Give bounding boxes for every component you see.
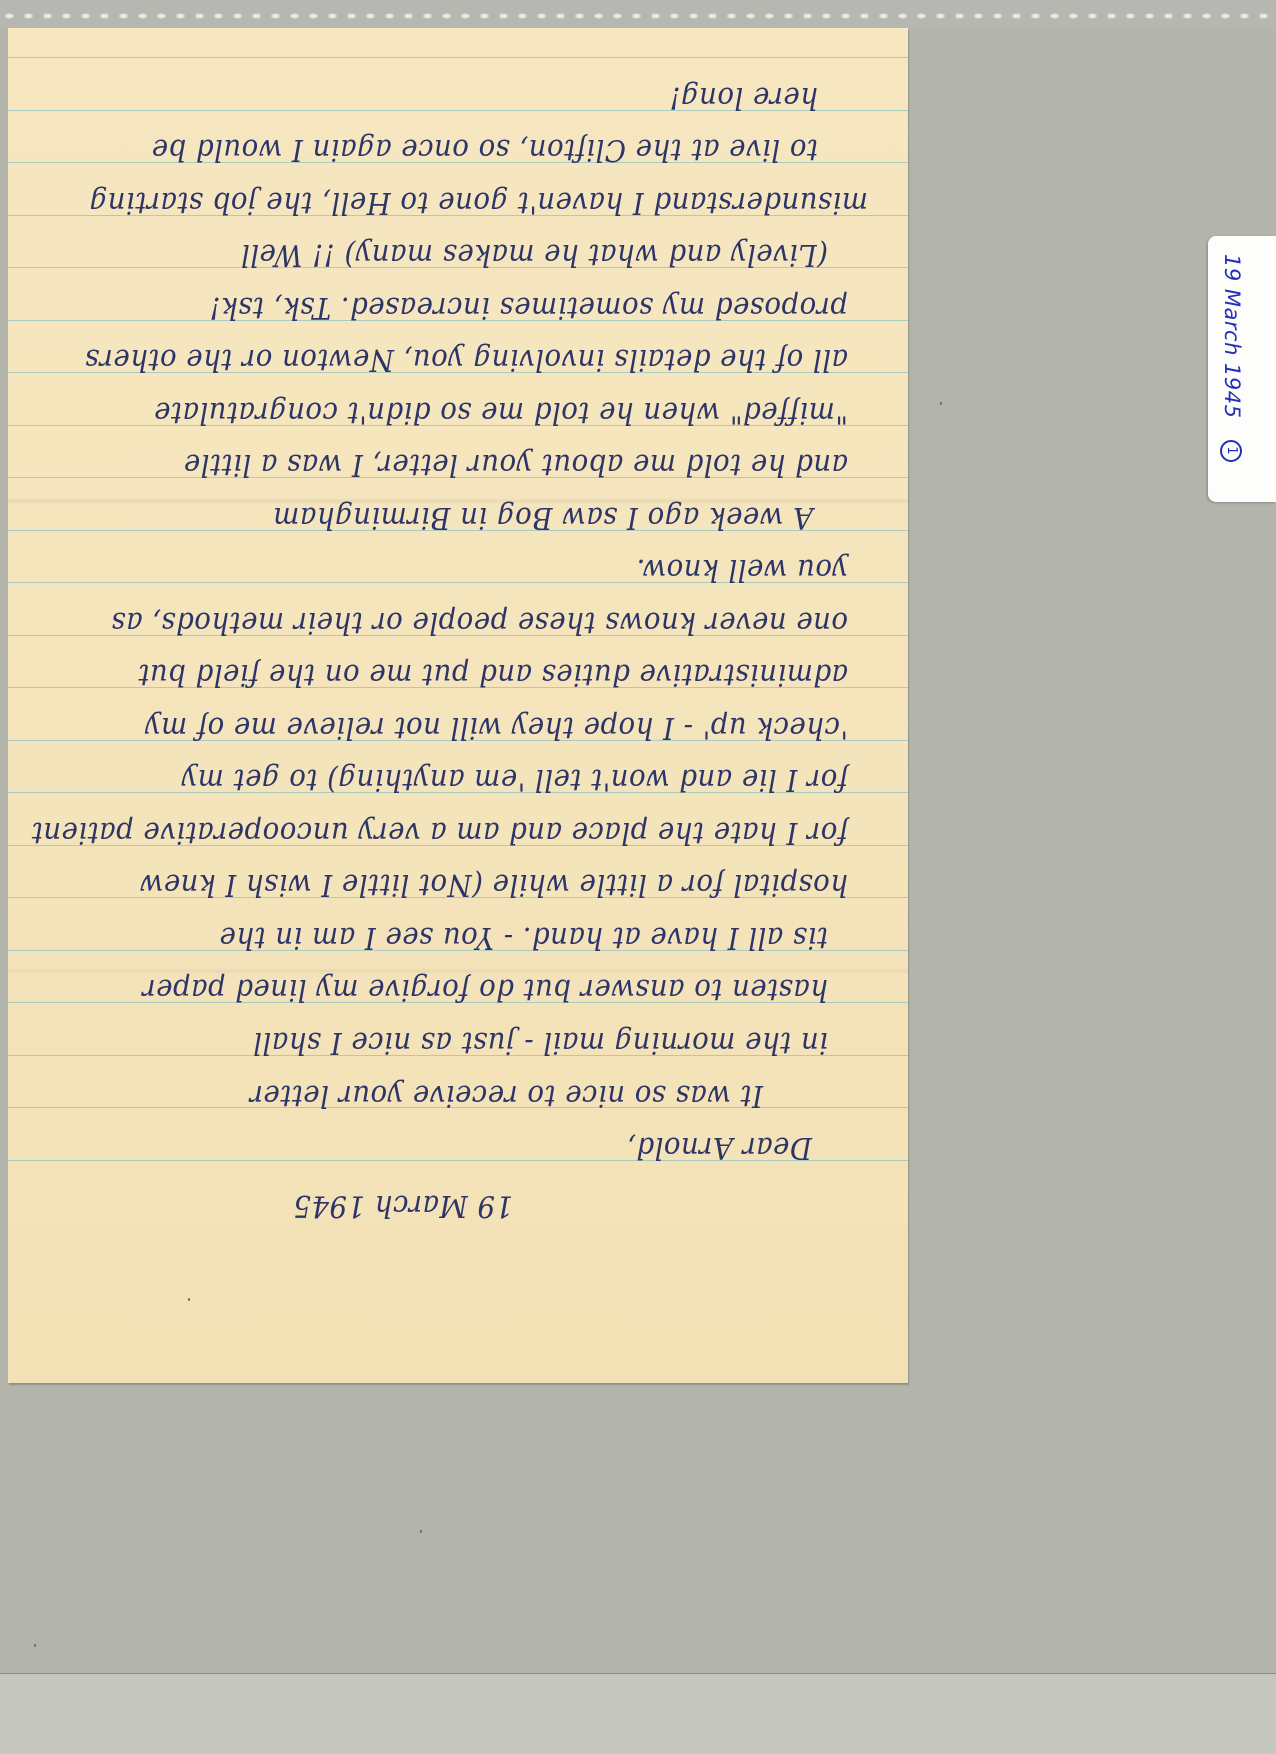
letter-line: you well know. bbox=[636, 552, 848, 587]
letter-line: here long! bbox=[669, 80, 818, 115]
letter-line: misunderstand I haven't gone to Hell, th… bbox=[89, 185, 868, 220]
letter-line: one never knows these people or their me… bbox=[111, 605, 848, 640]
letter-line: all of the details involving you, Newton… bbox=[85, 342, 848, 377]
letter-line: (Lively and what he makes many) !! Well bbox=[241, 237, 828, 272]
tag-date: 19 March 1945 bbox=[1220, 254, 1244, 419]
letter-line: hasten to answer but do forgive my lined… bbox=[142, 972, 828, 1007]
page-number-badge: 1 bbox=[1220, 440, 1242, 462]
letter-line: and he told me about your letter, I was … bbox=[183, 447, 848, 482]
scanner-speck bbox=[420, 1530, 422, 1533]
letter-line: administrative duties and put me on the … bbox=[138, 657, 848, 692]
letter-body: 19 March 1945 Dear Arnold, It was so nic… bbox=[8, 28, 908, 1383]
letter-line: "miffed" when he told me so didn't congr… bbox=[154, 395, 848, 430]
scanner-speck bbox=[34, 1644, 36, 1647]
letter-line: 'check up' - I hope they will not reliev… bbox=[145, 710, 848, 745]
letter-line: It was so nice to receive your letter bbox=[249, 1078, 763, 1113]
paper-speck bbox=[188, 1298, 190, 1301]
letter-page: 19 March 1945 Dear Arnold, It was so nic… bbox=[8, 28, 908, 1383]
letter-date: 19 March 1945 bbox=[293, 1188, 513, 1223]
letter-line: tis all I have at hand. - You see I am i… bbox=[219, 920, 828, 955]
letter-salutation: Dear Arnold, bbox=[627, 1130, 812, 1165]
letter-line: for I lie and won't tell 'em anything) t… bbox=[181, 762, 848, 797]
scanner-bed bbox=[0, 1673, 1276, 1754]
letter-line: hospital for a little while (Not little … bbox=[139, 867, 848, 902]
letter-line: in the morning mail - just as nice I sha… bbox=[253, 1025, 828, 1060]
perforated-edge bbox=[0, 12, 1276, 20]
letter-line: proposed my sometimes increased. Tsk, ts… bbox=[209, 290, 848, 325]
scanner-speck bbox=[940, 402, 942, 405]
letter-line: A week ago I saw Bog in Birmingham bbox=[273, 500, 813, 535]
tag-label: 19 March 1945 1 bbox=[1220, 254, 1244, 462]
page-tag: 19 March 1945 1 bbox=[1208, 236, 1276, 502]
letter-line: to live at the Clifton, so once again I … bbox=[151, 132, 818, 167]
letter-line: for I hate the place and am a very uncoo… bbox=[31, 815, 848, 850]
